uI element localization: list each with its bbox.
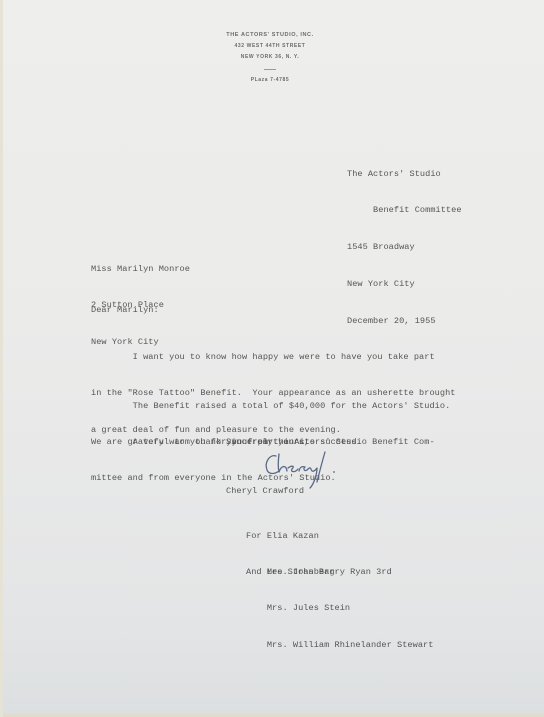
committee-members: And Mrs. John Barry Ryan 3rd Mrs. Jules … <box>246 541 433 676</box>
committee-member: Mrs. Jules Stein <box>246 602 433 614</box>
salutation: Dear Marilyn: <box>91 304 159 316</box>
sender-line: New York City <box>347 278 462 290</box>
signer-name: Cheryl Crawford <box>226 485 304 497</box>
letterhead-organization: THE ACTORS' STUDIO, INC. <box>190 30 350 41</box>
committee-member: Mrs. William Rhinelander Stewart <box>246 639 433 651</box>
closing: Sincerely yours, <box>226 436 309 448</box>
letter-page: THE ACTORS' STUDIO, INC. 432 WEST 44TH S… <box>0 0 544 717</box>
sender-address: The Actors' Studio Benefit Committee 154… <box>347 143 462 352</box>
letterhead-city: NEW YORK 36, N. Y. <box>190 52 350 63</box>
recipient-name: Miss Marilyn Monroe <box>91 263 190 275</box>
sender-line: 1545 Broadway <box>347 241 462 253</box>
sender-line: Benefit Committee <box>347 204 462 216</box>
letterhead-divider <box>264 69 276 70</box>
body-line: I want you to know how happy we were to … <box>91 351 456 363</box>
letterhead-street: 432 WEST 44TH STREET <box>190 41 350 52</box>
sender-line: The Actors' Studio <box>347 168 462 180</box>
letterhead: THE ACTORS' STUDIO, INC. 432 WEST 44TH S… <box>190 30 350 86</box>
letterhead-phone: PLaza 7-4785 <box>190 75 350 86</box>
committee-member: And Mrs. John Barry Ryan 3rd <box>246 566 433 578</box>
